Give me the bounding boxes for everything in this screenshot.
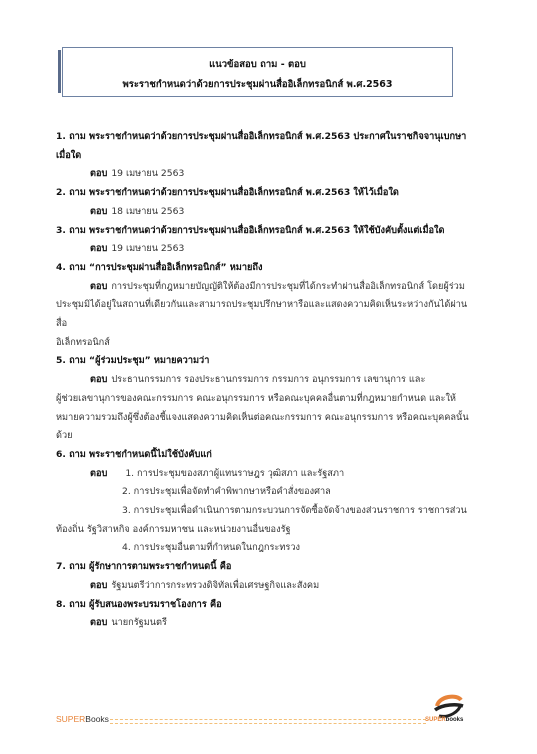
question-5: 5. ถาม “ผู้ร่วมประชุม” หมายความว่า (56, 352, 476, 371)
title-box: แนวข้อสอบ ถาม - ตอบ พระราชกำหนดว่าด้วยกา… (62, 47, 453, 97)
question-7: 7. ถาม ผู้รักษาการตามพระราชกำหนดนี้ คือ (56, 558, 476, 577)
question-4: 4. ถาม “การประชุมผ่านสื่ออิเล็กทรอนิกส์”… (56, 259, 476, 278)
question-8: 8. ถาม ผู้รับสนองพระบรมราชโองการ คือ (56, 596, 476, 615)
answer-6: ตอบ1. การประชุมของสภาผู้แทนราษฎร วุฒิสภา… (56, 465, 476, 484)
answer-label: ตอบ (90, 168, 107, 179)
footer-brand: SUPERBooks (56, 714, 109, 724)
answer-5-cont: ด้วย (56, 427, 476, 446)
question-3: 3. ถาม พระราชกำหนดว่าด้วยการประชุมผ่านสื… (56, 222, 476, 241)
footer-divider (110, 719, 426, 724)
answer-label: ตอบ (90, 243, 107, 254)
answer-5: ตอบประธานกรรมการ รองประธานกรรมการ กรรมกา… (56, 371, 476, 390)
question-6: 6. ถาม พระราชกำหนดนี้ไม่ใช้บังคับแก่ (56, 446, 476, 465)
answer-6-item-3: 3. การประชุมเพื่อดำเนินการตามกระบวนการจั… (56, 502, 476, 521)
answer-6-item-3-cont: ท้องถิ่น รัฐวิสาหกิจ องค์การมหาชน และหน่… (56, 521, 476, 540)
doc-subtitle: พระราชกำหนดว่าด้วยการประชุมผ่านสื่ออิเล็… (63, 77, 452, 92)
answer-4-cont: ประชุมมิได้อยู่ในสถานที่เดียวกันและสามาร… (56, 296, 476, 333)
question-1-cont: เมื่อใด (56, 147, 476, 166)
logo-wordmark: SUPERbooks (425, 717, 463, 723)
answer-5-cont: หมายความรวมถึงผู้ซึ่งต้องชี้แจงแสดงความค… (56, 409, 476, 428)
answer-4-cont: อิเล็กทรอนิกส์ (56, 334, 476, 353)
answer-label: ตอบ (90, 374, 107, 385)
question-1: 1. ถาม พระราชกำหนดว่าด้วยการประชุมผ่านสื… (56, 128, 476, 147)
answer-7: ตอบรัฐมนตรีว่าการกระทรวงดิจิทัลเพื่อเศรษ… (56, 577, 476, 596)
answer-5-cont: ผู้ช่วยเลขานุการของคณะกรรมการ คณะอนุกรรม… (56, 390, 476, 409)
answer-label: ตอบ (90, 206, 107, 217)
doc-title: แนวข้อสอบ ถาม - ตอบ (63, 57, 452, 72)
answer-label: ตอบ (90, 617, 107, 628)
answer-1: ตอบ19 เมษายน 2563 (56, 165, 476, 184)
answer-label: ตอบ (90, 468, 107, 479)
qa-list: 1. ถาม พระราชกำหนดว่าด้วยการประชุมผ่านสื… (56, 128, 476, 633)
answer-2: ตอบ18 เมษายน 2563 (56, 203, 476, 222)
answer-6-item-4: 4. การประชุมอื่นตามที่กำหนดในกฎกระทรวง (56, 539, 476, 558)
answer-label: ตอบ (90, 580, 107, 591)
question-2: 2. ถาม พระราชกำหนดว่าด้วยการประชุมผ่านสื… (56, 184, 476, 203)
answer-label: ตอบ (90, 281, 107, 292)
answer-3: ตอบ19 เมษายน 2563 (56, 240, 476, 259)
title-accent-bar (58, 50, 61, 93)
answer-6-item-2: 2. การประชุมเพื่อจัดทำคำพิพากษาหรือคำสั่… (56, 483, 476, 502)
answer-8: ตอบนายกรัฐมนตรี (56, 614, 476, 633)
answer-4: ตอบการประชุมที่กฎหมายบัญญัติให้ต้องมีการ… (56, 278, 476, 297)
